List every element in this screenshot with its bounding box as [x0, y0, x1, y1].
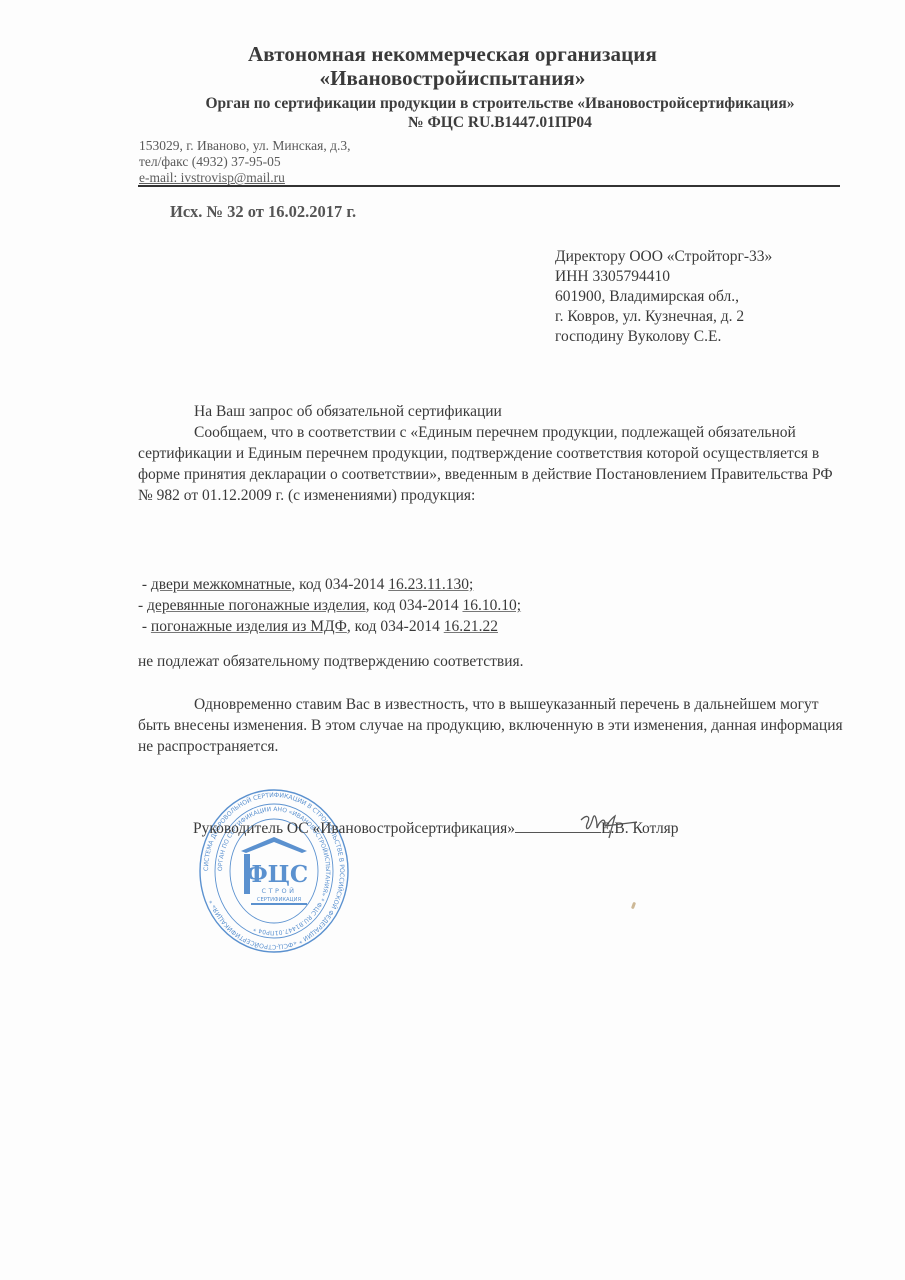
- signatory-title: Руководитель ОС «Ивановостройсертификаци…: [193, 820, 515, 837]
- svg-text:СТРОЙ: СТРОЙ: [262, 886, 297, 895]
- product-name: деревянные погонажные изделия: [147, 597, 366, 614]
- addressee-line: господину Вуколову С.Е.: [555, 327, 772, 347]
- email-label: e-mail:: [139, 170, 181, 185]
- paper-speck: [631, 902, 636, 910]
- subject-line: На Ваш запрос об обязательной сертификац…: [138, 401, 848, 422]
- certification-body-name: Орган по сертификации продукции в строит…: [140, 95, 860, 113]
- official-stamp-icon: СИСТЕМА ДОБРОВОЛЬНОЙ СЕРТИФИКАЦИИ В СТРО…: [199, 789, 349, 954]
- addressee-line: ИНН 3305794410: [555, 267, 772, 287]
- accreditation-number: № ФЦС RU.B1447.01ПР04: [140, 114, 860, 132]
- code-label: , код 034-2014: [291, 576, 388, 593]
- org-phone: тел/факс (4932) 37-95-05: [139, 154, 281, 170]
- header-divider: [138, 185, 840, 187]
- svg-text:ФЦС: ФЦС: [246, 861, 308, 888]
- product-list: - двери межкомнатные, код 034-2014 16.23…: [138, 574, 521, 637]
- letter-page: Автономная некоммерческая организация «И…: [0, 0, 905, 1280]
- product-code: 16.23.11.130;: [388, 576, 473, 593]
- conclusion: не подлежат обязательному подтверждению …: [138, 651, 848, 672]
- addressee-block: Директору ООО «Стройторг-33» ИНН 3305794…: [555, 247, 772, 347]
- list-item: - деревянные погонажные изделия, код 034…: [138, 595, 521, 616]
- org-email-line: e-mail: ivstrovisp@mail.ru: [139, 170, 285, 186]
- addressee-line: Директору ООО «Стройторг-33»: [555, 247, 772, 267]
- org-name-line1: Автономная некоммерческая организация: [0, 42, 905, 67]
- addressee-line: г. Ковров, ул. Кузнечная, д. 2: [555, 307, 772, 327]
- outgoing-number: Исх. № 32 от 16.02.2017 г.: [170, 202, 356, 222]
- email-link[interactable]: ivstrovisp@mail.ru: [181, 170, 285, 185]
- paragraph-1: Сообщаем, что в соответствии с «Единым п…: [138, 422, 848, 506]
- addressee-line: 601900, Владимирская обл.,: [555, 287, 772, 307]
- org-name-line2: «Ивановостройиспытания»: [0, 66, 905, 91]
- product-name: двери межкомнатные: [151, 576, 291, 593]
- product-code: 16.21.22: [444, 618, 498, 635]
- code-label: , код 034-2014: [366, 597, 463, 614]
- org-address: 153029, г. Иваново, ул. Минская, д.3,: [139, 138, 350, 154]
- product-name: погонажные изделия из МДФ: [151, 618, 347, 635]
- list-item: - погонажные изделия из МДФ, код 034-201…: [138, 616, 521, 637]
- list-item: - двери межкомнатные, код 034-2014 16.23…: [138, 574, 521, 595]
- paragraph-2: Одновременно ставим Вас в известность, ч…: [138, 694, 848, 757]
- handwritten-signature-icon: [575, 810, 645, 842]
- product-code: 16.10.10;: [462, 597, 521, 614]
- code-label: , код 034-2014: [347, 618, 444, 635]
- svg-text:СЕРТИФИКАЦИЯ: СЕРТИФИКАЦИЯ: [257, 897, 302, 903]
